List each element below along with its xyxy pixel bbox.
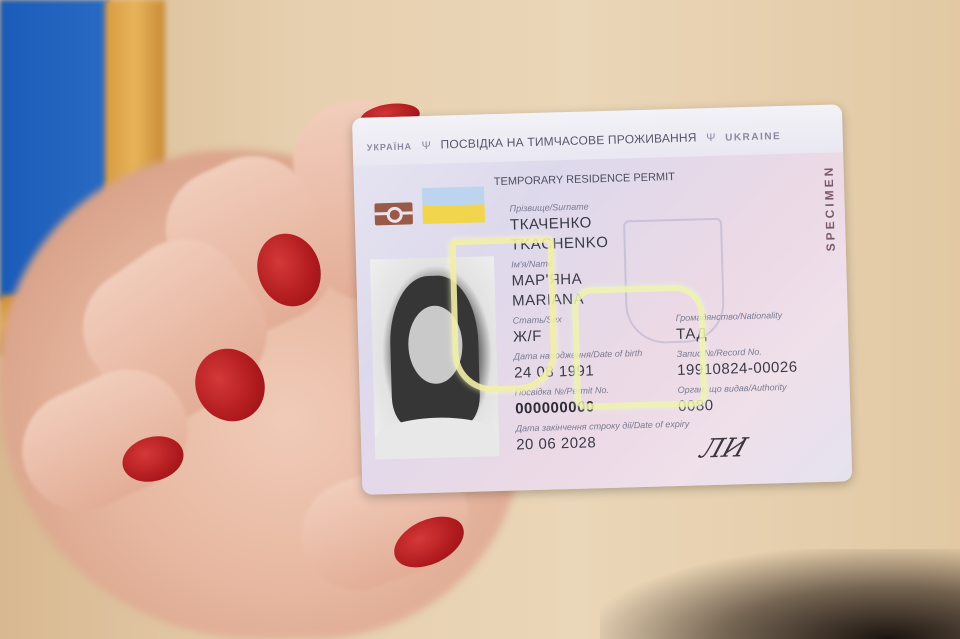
hologram-shield-icon [449,236,557,393]
surname-label: Прізвище/Surname [509,201,588,213]
ukraine-flag-icon [422,186,485,224]
trident-icon: Ψ [421,140,431,152]
signature: ЛИ [696,433,750,465]
photo-scene: УКРАЇНА Ψ ПОСВІДКА НА ТИМЧАСОВЕ ПРОЖИВАН… [0,0,960,639]
hologram-flag-icon [572,284,707,410]
country-ua: УКРАЇНА [367,141,413,152]
background-shadow [600,549,960,639]
card-subtitle: TEMPORARY RESIDENCE PERMIT [494,171,675,188]
surname-ua: ТКАЧЕНКО [510,214,592,233]
trident-icon: Ψ [706,132,716,144]
expiry-value: 20 06 2028 [516,434,597,453]
residence-permit-card: УКРАЇНА Ψ ПОСВІДКА НА ТИМЧАСОВЕ ПРОЖИВАН… [352,104,852,495]
country-en: UKRAINE [725,131,781,144]
contactless-chip-icon [374,202,413,225]
expiry-label: Дата закінчення строку дії/Date of expir… [516,419,690,434]
specimen-mark: SPECIMEN [821,165,837,252]
